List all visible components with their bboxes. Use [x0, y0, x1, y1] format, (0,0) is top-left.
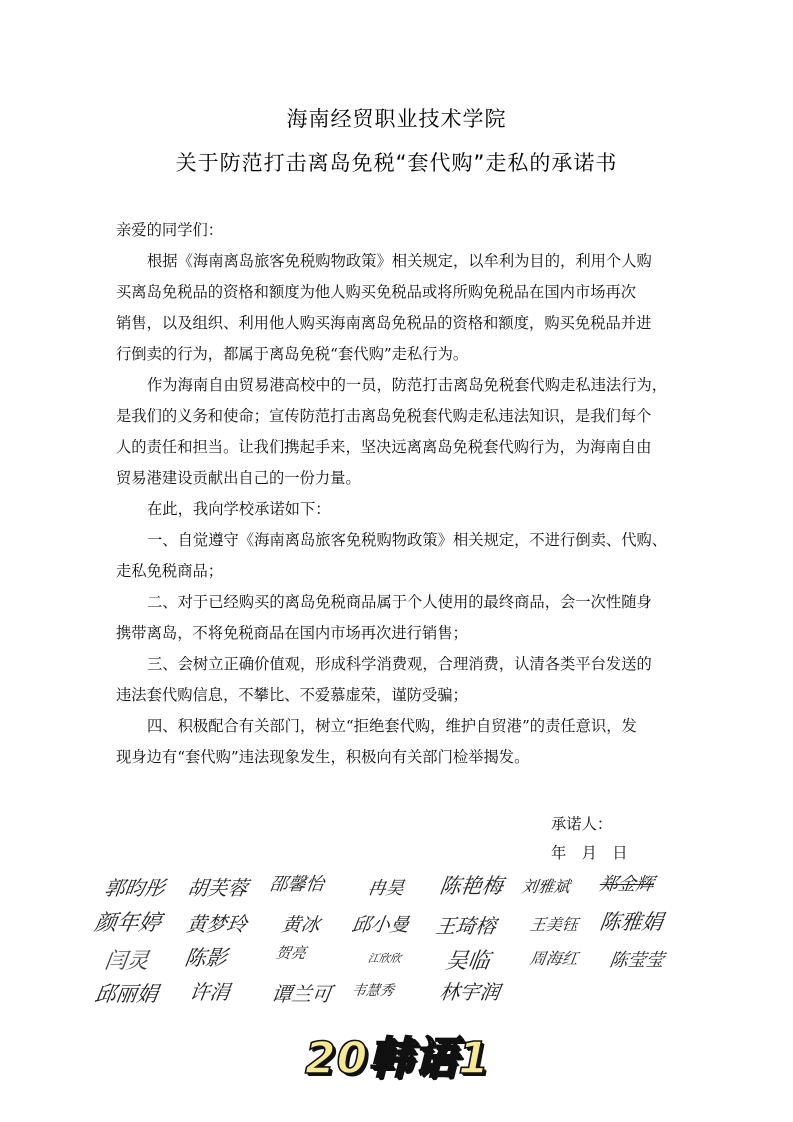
paragraph-line: 作为海南自由贸易港高校中的一员，防范打击离岛免税套代购走私违法行为， — [147, 373, 667, 395]
paragraph-line: 买离岛免税品的资格和额度为他人购买免税品或将所购免税品在国内市场再次 — [116, 280, 636, 302]
signature: 黄冰 — [280, 910, 322, 937]
signature: 邱丽娟 — [93, 978, 160, 1008]
signature: 刘雅斌 — [520, 874, 571, 897]
signature: 冉昊 — [366, 874, 406, 900]
signature: 邱小曼 — [350, 910, 411, 937]
signature: 周海红 — [528, 946, 579, 969]
signature: 邵馨怡 — [268, 870, 326, 896]
paragraph-line: 现身边有“套代购”违法现象发生，积极向有关部门检举揭发。 — [116, 745, 529, 767]
signature: 陈雅娟 — [598, 906, 665, 936]
institution-title: 海南经贸职业技术学院 — [0, 103, 793, 133]
paragraph-line: 违法套代购信息，不攀比、不爱慕虚荣，谨防受骗； — [116, 683, 468, 705]
signature: 闫灵 — [103, 944, 151, 975]
signature: 吴临 — [444, 944, 492, 975]
signature: 韦慧秀 — [351, 980, 396, 1000]
signature: 郑金辉 — [598, 870, 656, 896]
paragraph-line: 走私免税商品； — [116, 559, 223, 581]
signature: 郭昀彤 — [103, 872, 167, 901]
signature-area: 郭昀彤 胡芙蓉 邵馨怡 冉昊 陈艳梅 刘雅斌 郑金辉 颜年婷 黄梦玲 黄冰 邱小… — [0, 860, 793, 1020]
pledge-item-1: 一、自觉遵守《海南离岛旅客免税购物政策》相关规定，不进行倒卖、代购、 — [147, 528, 667, 550]
pledger-label: 承诺人： — [551, 812, 612, 834]
pledge-item-2: 二、对于已经购买的离岛免税商品属于个人使用的最终商品，会一次性随身 — [147, 590, 652, 612]
signature: 颜年婷 — [93, 906, 163, 937]
signature: 江欣欣 — [367, 950, 402, 966]
signature: 陈艳梅 — [438, 870, 505, 900]
signature: 胡芙蓉 — [186, 872, 250, 901]
signature: 谭兰可 — [270, 978, 334, 1007]
paragraph-line: 人的责任和担当。让我们携起手来，坚决远离离岛免税套代购行为，为海南自由 — [116, 435, 651, 457]
signature: 陈莹莹 — [608, 946, 666, 972]
paragraph-line: 销售，以及组织、利用他人购买海南离岛免税品的资格和额度，购买免税品并进 — [116, 311, 651, 333]
paragraph-line: 是我们的义务和使命；宣传防范打击离岛免税套代购走私违法知识，是我们每个 — [116, 404, 651, 426]
paragraph-line: 贸易港建设贡献出自己的一份力量。 — [116, 466, 361, 488]
pledge-item-3: 三、会树立正确价值观，形成科学消费观，合理消费，认清各类平台发送的 — [147, 652, 652, 674]
paragraph-line: 在此，我向学校承诺如下： — [147, 497, 331, 519]
document-title: 关于防范打击离岛免税“套代购”走私的承诺书 — [0, 147, 793, 177]
signature: 贺亮 — [275, 942, 308, 963]
signature: 王美钰 — [528, 912, 579, 935]
signature: 陈影 — [183, 942, 229, 972]
pledge-item-4: 四、积极配合有关部门，树立“拒绝套代购，维护自贸港”的责任意识，发 — [147, 714, 637, 736]
salutation: 亲爱的同学们： — [116, 218, 223, 240]
signature: 王琦榕 — [434, 910, 498, 939]
paragraph-line: 行倒卖的行为，都属于离岛免税“套代购”走私行为。 — [116, 342, 468, 364]
class-label: 20韩语1 — [305, 1022, 490, 1086]
signature: 黄梦玲 — [185, 908, 249, 937]
paragraph-line: 携带离岛，不将免税商品在国内市场再次进行销售； — [116, 621, 468, 643]
signature: 许涓 — [188, 976, 232, 1005]
paragraph-line: 根据《海南离岛旅客免税购物政策》相关规定，以牟利为目的，利用个人购 — [147, 249, 652, 271]
signature: 林宇润 — [438, 976, 502, 1005]
